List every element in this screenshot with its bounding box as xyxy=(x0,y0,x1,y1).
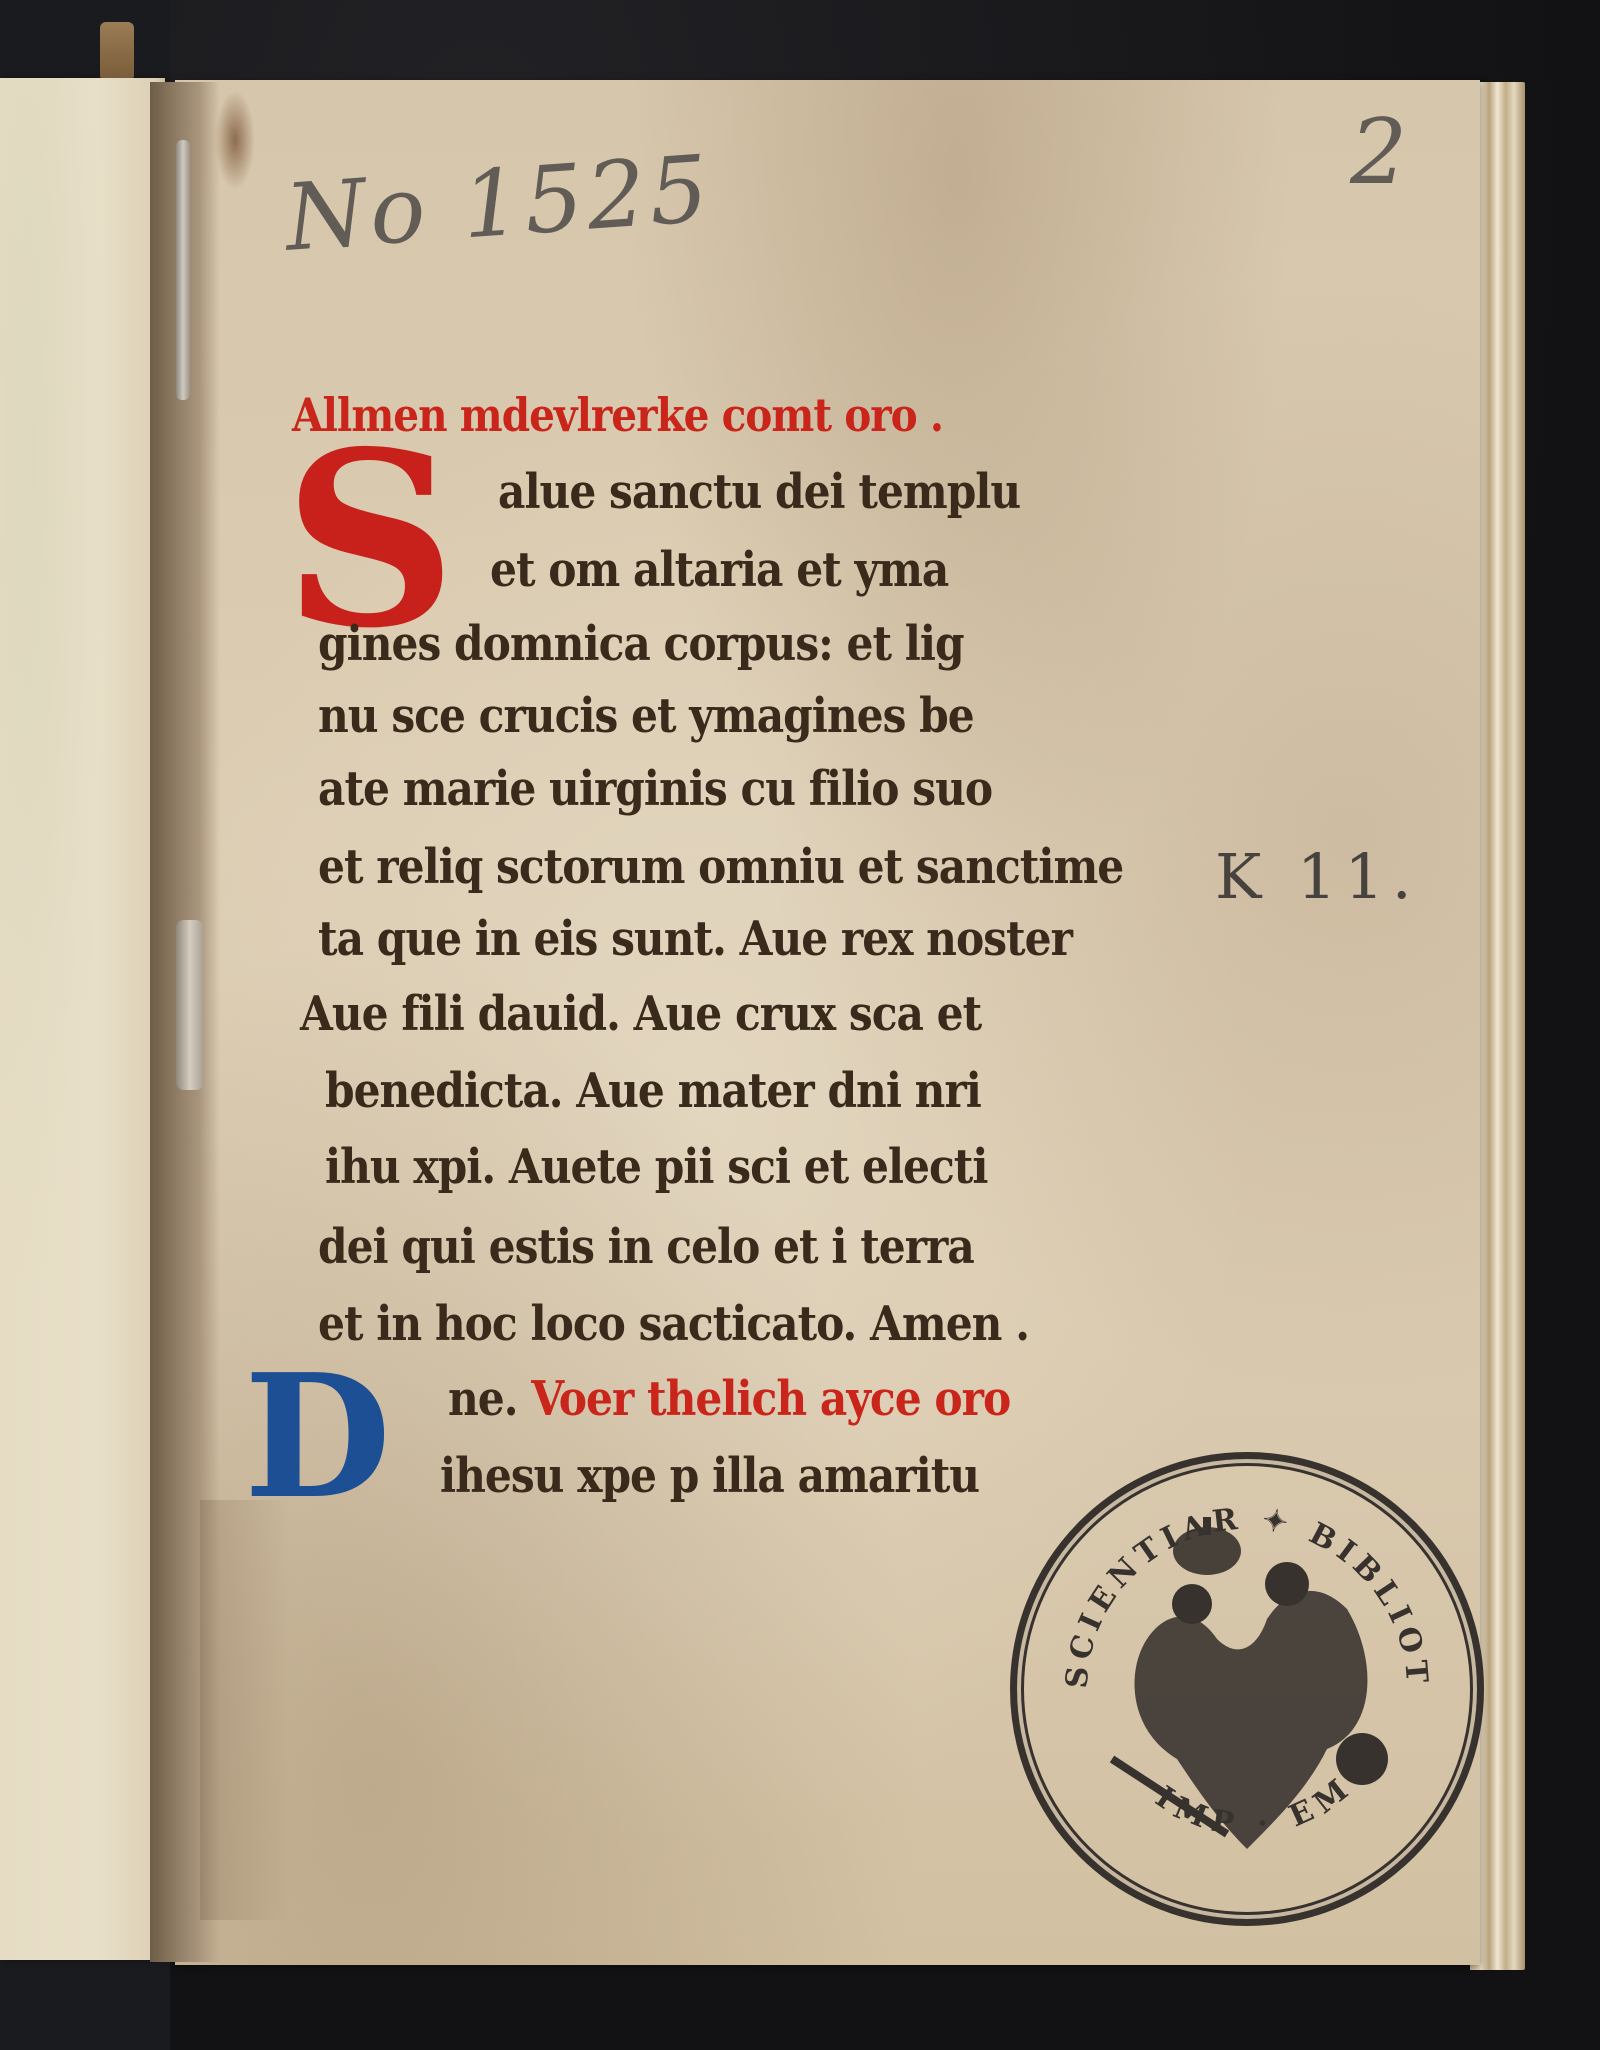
text-line-3: gines domnica corpus: et lig xyxy=(318,620,964,668)
double-headed-eagle-icon: SCIENTIAR ✦ BIBLIOTH·ACAD IMP · EM · xyxy=(1017,1459,1477,1919)
text-line-9: benedicta. Aue mater dni nri xyxy=(325,1067,981,1115)
binding-tab xyxy=(100,22,134,78)
folio-number: 2 xyxy=(1350,100,1411,205)
initial-d: D xyxy=(215,1365,420,1510)
text-line-11: dei qui estis in celo et i terra xyxy=(318,1223,974,1271)
text-line-4: nu sce crucis et ymagines be xyxy=(318,692,974,740)
library-stamp: SCIENTIAR ✦ BIBLIOTH·ACAD IMP · EM · xyxy=(1010,1452,1484,1926)
text-line-12: et in hoc loco sacticato. Amen . xyxy=(318,1300,1029,1348)
text-line-6: et reliq sctorum omniu et sanctime xyxy=(318,843,1123,891)
rubric-line-red: Voer thelich ayce oro xyxy=(531,1371,1010,1427)
text-line-5: ate marie uirginis cu filio suo xyxy=(318,765,992,813)
left-flyleaf xyxy=(0,78,165,1960)
margin-note: K 11. xyxy=(1215,840,1420,913)
text-line-1: alue sanctu dei templu xyxy=(498,468,1020,516)
rubric-line-prefix: ne. xyxy=(448,1371,517,1427)
water-stain xyxy=(215,90,255,190)
gutter-fiber-lower xyxy=(176,920,204,1090)
text-line-8: Aue fili dauid. Aue crux sca et xyxy=(300,990,981,1038)
gutter-fiber xyxy=(176,140,190,400)
text-line-2: et om altaria et yma xyxy=(490,546,948,594)
margin-stain xyxy=(200,1500,290,1920)
rubric-line-2: ne. Voer thelich ayce oro xyxy=(448,1375,1010,1423)
text-line-7: ta que in eis sunt. Aue rex noster xyxy=(318,915,1072,963)
text-line-final: ihesu xpe p illa amaritu xyxy=(440,1452,979,1500)
text-line-10: ihu xpi. Auete pii sci et electi xyxy=(325,1143,987,1191)
